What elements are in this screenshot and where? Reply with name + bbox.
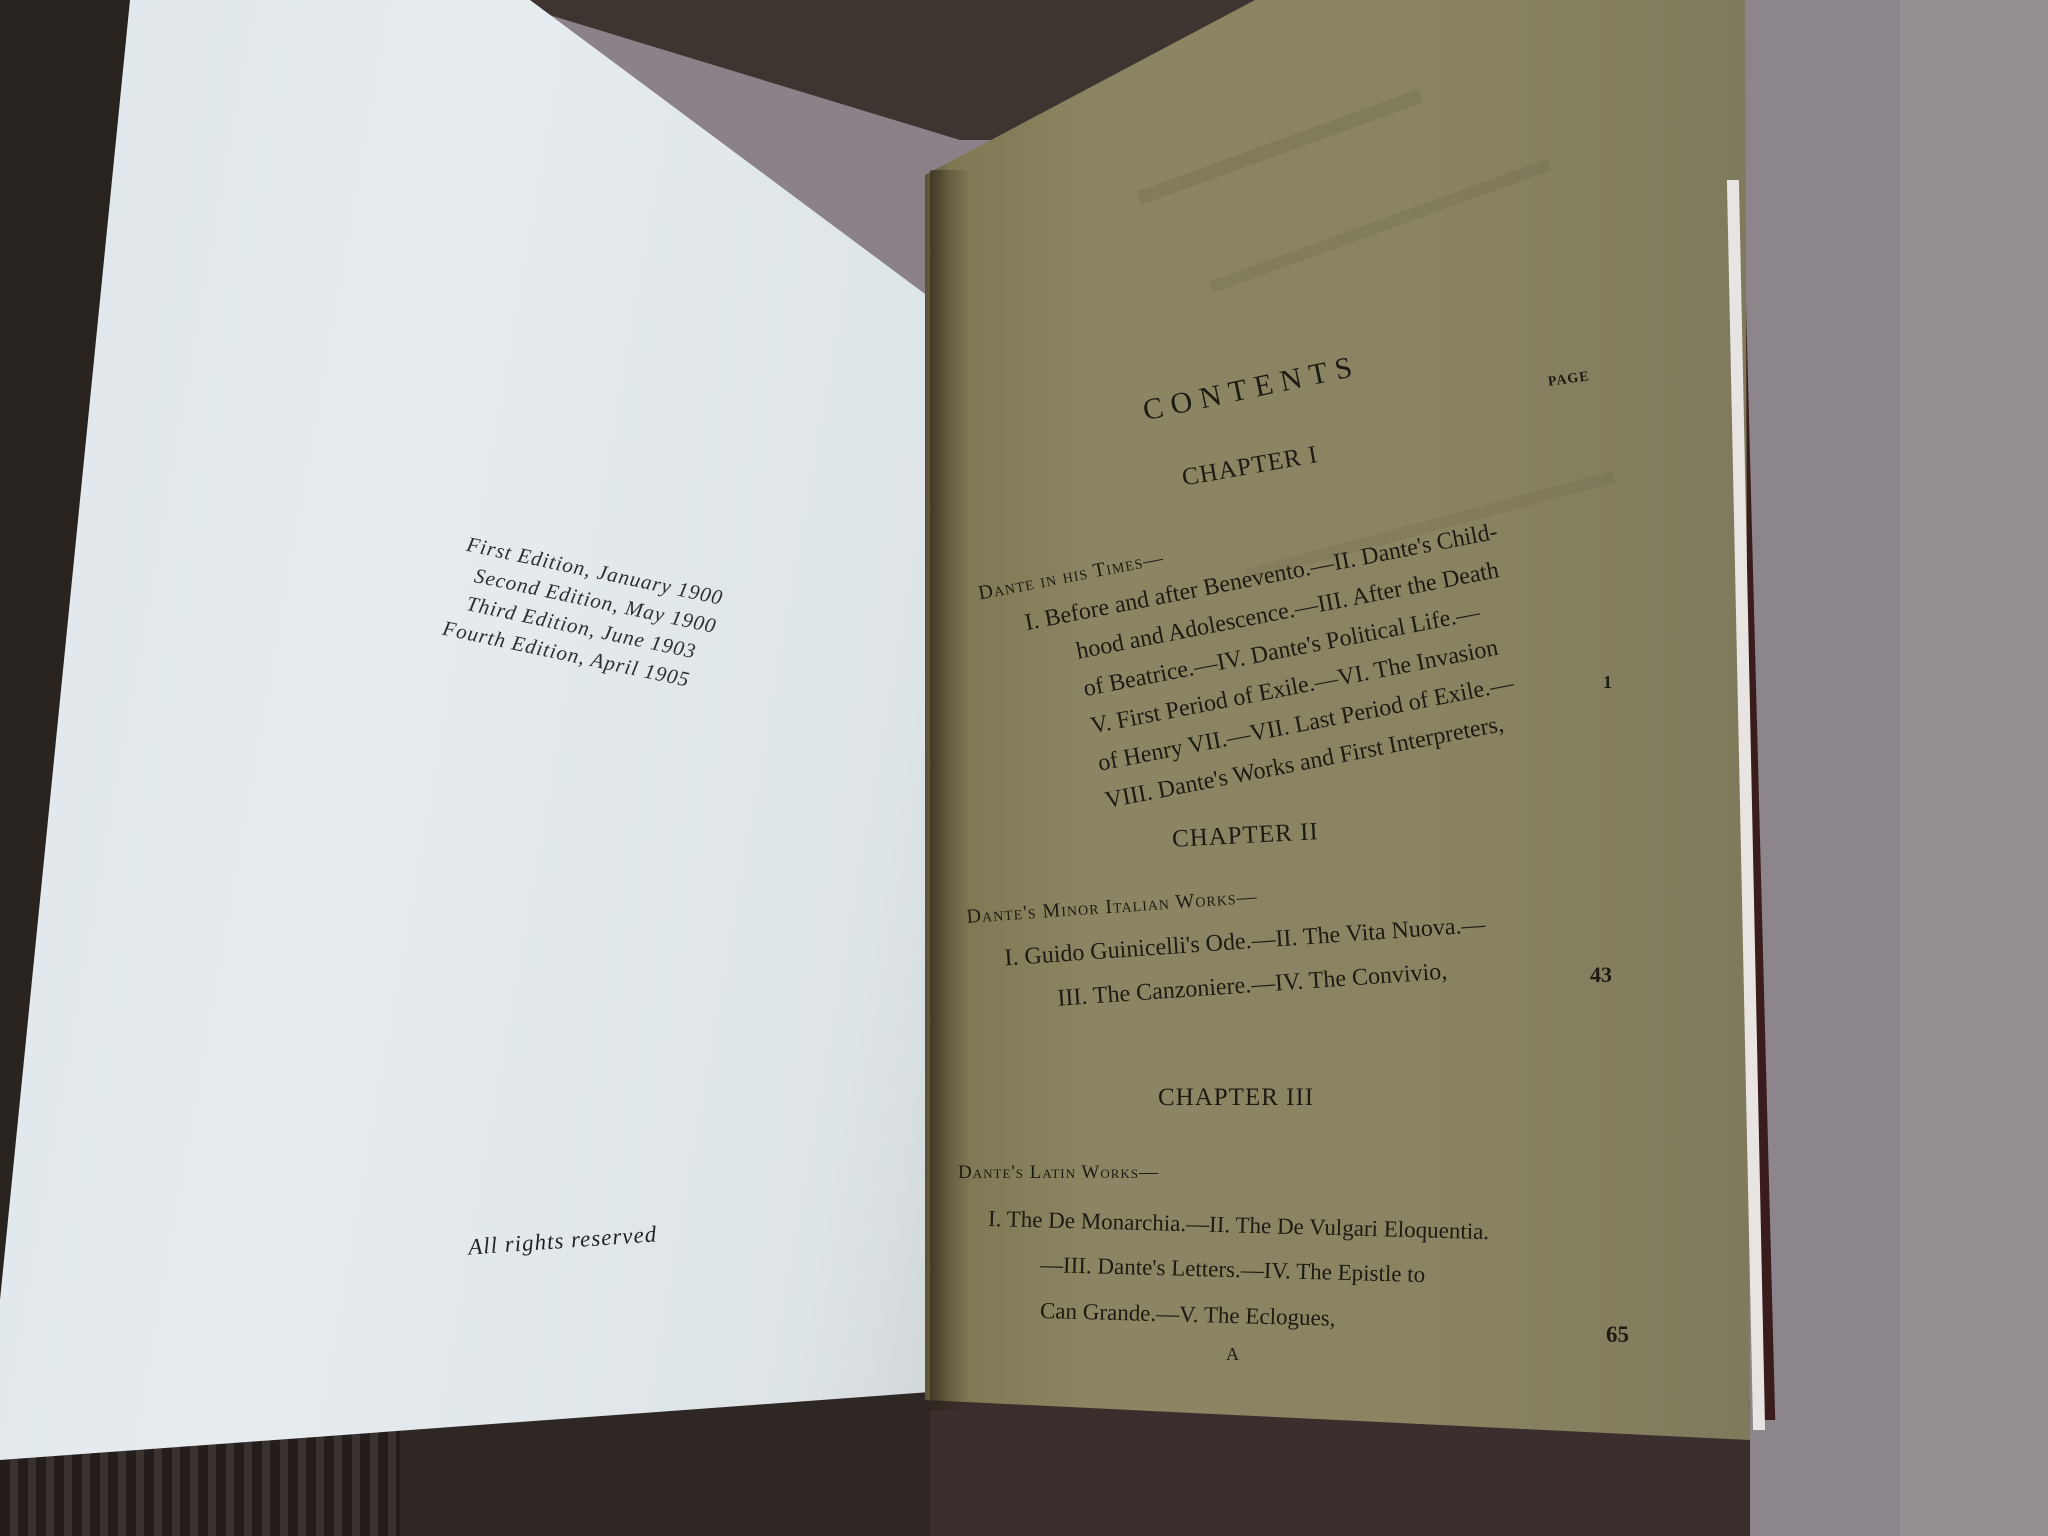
chapter-1-page-number: 1: [1603, 672, 1612, 693]
chapter-3-page-number: 65: [1606, 1322, 1629, 1348]
chapter-3-entry: Dante's Latin Works— I. The De Monarchia…: [958, 1150, 1489, 1334]
chapter-3-heading: Dante's Latin Works—: [958, 1150, 1489, 1196]
background-cardboard-far: [1900, 0, 2048, 1536]
chapter-3-title: CHAPTER III: [1158, 1084, 1314, 1112]
signature-mark: A: [1226, 1344, 1239, 1365]
chapter-2-page-number: 43: [1590, 962, 1612, 988]
